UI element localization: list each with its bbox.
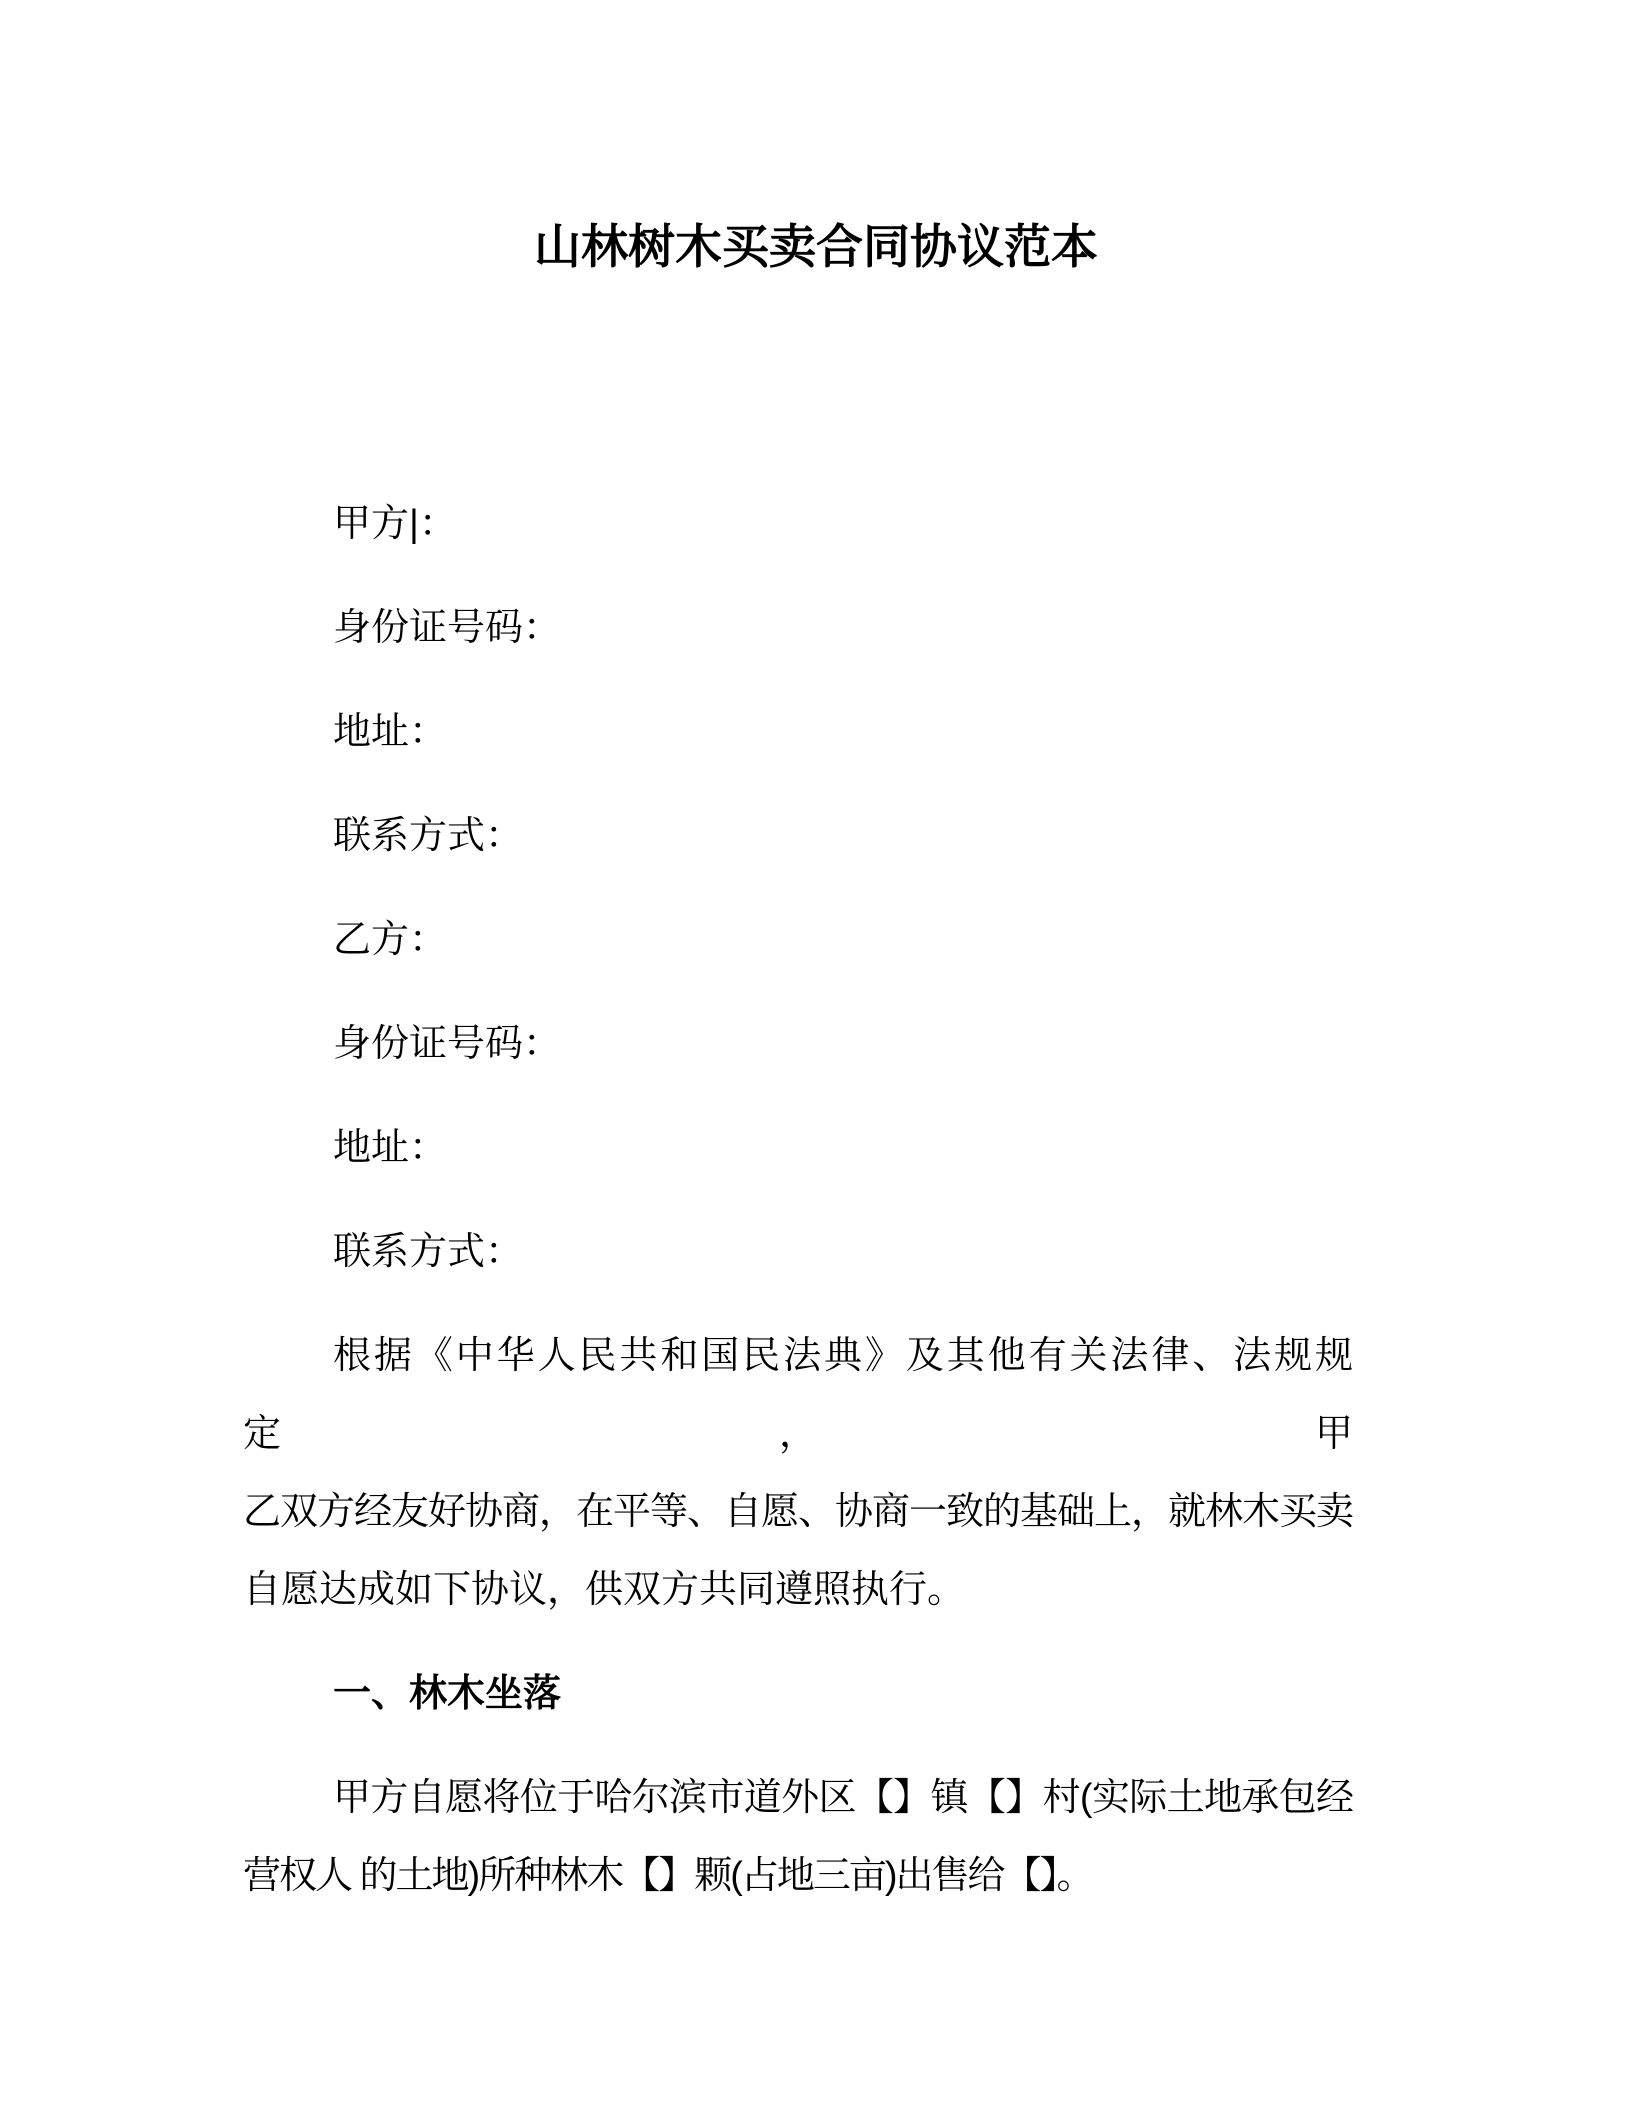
field-party-a[interactable]: 甲方|： <box>243 485 1353 563</box>
field-id-number-b[interactable]: 身份证号码： <box>243 1005 1353 1083</box>
field-address-b[interactable]: 地址： <box>243 1109 1353 1187</box>
section-one-line-1: 甲方自愿将位于哈尔滨市道外区【】镇【】村(实际土地承包经 <box>243 1759 1353 1837</box>
intro-line-2: 乙双方经友好协商，在平等、自愿、协商一致的基础上，就林木买卖 <box>243 1473 1353 1551</box>
intro-line-1: 根据《中华人民共和国民法典》及其他有关法律、法规规定，甲 <box>243 1317 1353 1473</box>
field-address-a[interactable]: 地址： <box>243 693 1353 771</box>
field-id-number-a[interactable]: 身份证号码： <box>243 589 1353 667</box>
field-contact-a[interactable]: 联系方式： <box>243 797 1353 875</box>
intro-line-3: 自愿达成如下协议，供双方共同遵照执行。 <box>243 1551 1353 1629</box>
section-one-paragraph: 甲方自愿将位于哈尔滨市道外区【】镇【】村(实际土地承包经 营权人 的土地)所种林… <box>243 1759 1353 1915</box>
document-page[interactable]: 山林树木买卖合同协议范本 甲方|： 身份证号码： 地址： 联系方式： 乙方： 身… <box>0 0 1632 2112</box>
section-one-heading: 一、林木坐落 <box>243 1655 1353 1733</box>
intro-paragraph: 根据《中华人民共和国民法典》及其他有关法律、法规规定，甲 乙双方经友好协商，在平… <box>243 1317 1353 1629</box>
field-party-b[interactable]: 乙方： <box>243 901 1353 979</box>
doc-title: 山林树木买卖合同协议范本 <box>0 212 1632 282</box>
section-one-line-2: 营权人 的土地)所种林木【】颗(占地三亩)出售给【】。 <box>243 1837 1353 1915</box>
field-contact-b[interactable]: 联系方式： <box>243 1213 1353 1291</box>
